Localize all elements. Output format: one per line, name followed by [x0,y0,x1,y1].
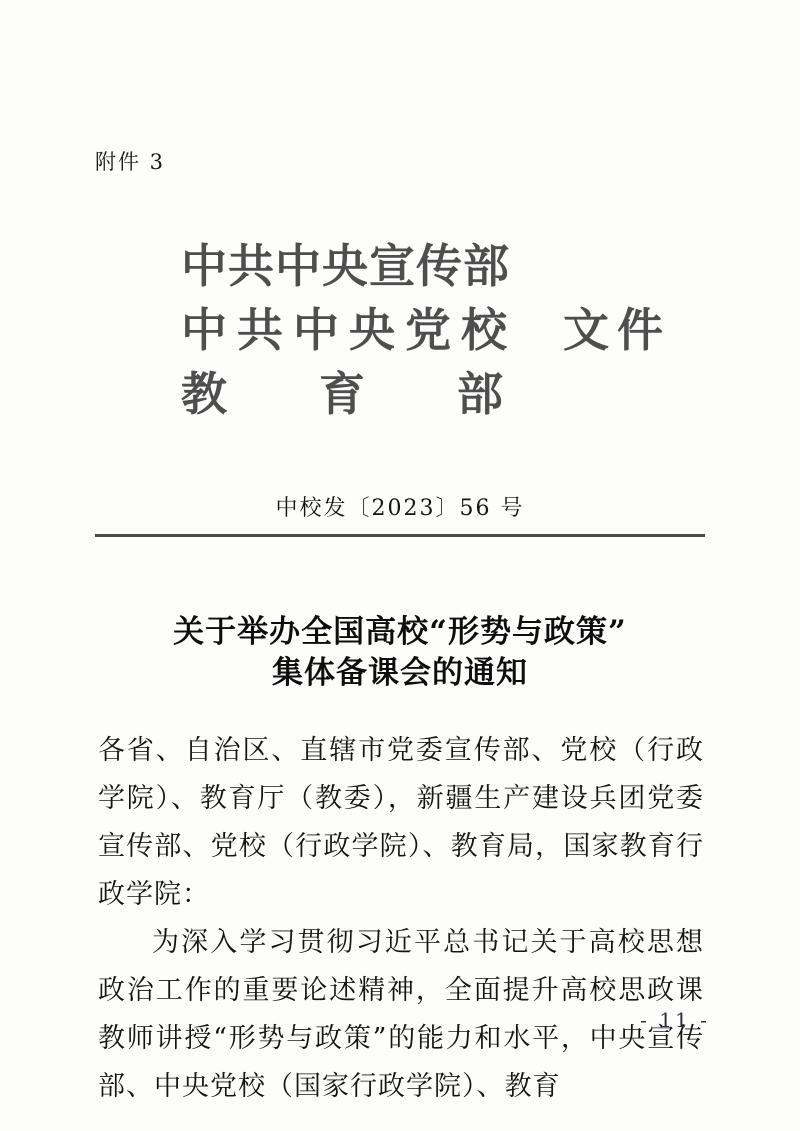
body-paragraph: 为深入学习贯彻习近平总书记关于高校思想政治工作的重要论述精神，全面提升高校思政课… [98,919,704,1111]
letterhead-line3: 教育部 [181,368,671,432]
page-number: - 11 - [620,1008,730,1032]
letterhead: 中共中央宣传部 中共中央党校 文件 教育部 [181,240,671,432]
document-title-line1: 关于举办全国高校“形势与政策” [0,612,800,653]
recipients-paragraph: 各省、自治区、直辖市党委宣传部、党校（行政学院）、教育厅（教委），新疆生产建设兵… [98,727,704,919]
letterhead-line2-agency: 中共中央党校 [181,304,517,356]
letterhead-line1: 中共中央宣传部 [181,240,671,304]
letterhead-document-word: 文件 [563,304,671,356]
document-page: 附件 3 中共中央宣传部 中共中央党校 文件 教育部 中校发〔2023〕56 号… [0,0,800,1131]
letterhead-line2: 中共中央党校 文件 [181,304,671,368]
document-title-line2: 集体备课会的通知 [0,653,800,694]
document-title: 关于举办全国高校“形势与政策” 集体备课会的通知 [0,612,800,694]
document-number: 中校发〔2023〕56 号 [0,491,800,522]
letterhead-divider-rule [95,534,705,537]
letterhead-line3-agency: 教育部 [181,368,503,420]
document-body: 各省、自治区、直辖市党委宣传部、党校（行政学院）、教育厅（教委），新疆生产建设兵… [98,727,704,1111]
attachment-label: 附件 3 [95,146,165,176]
